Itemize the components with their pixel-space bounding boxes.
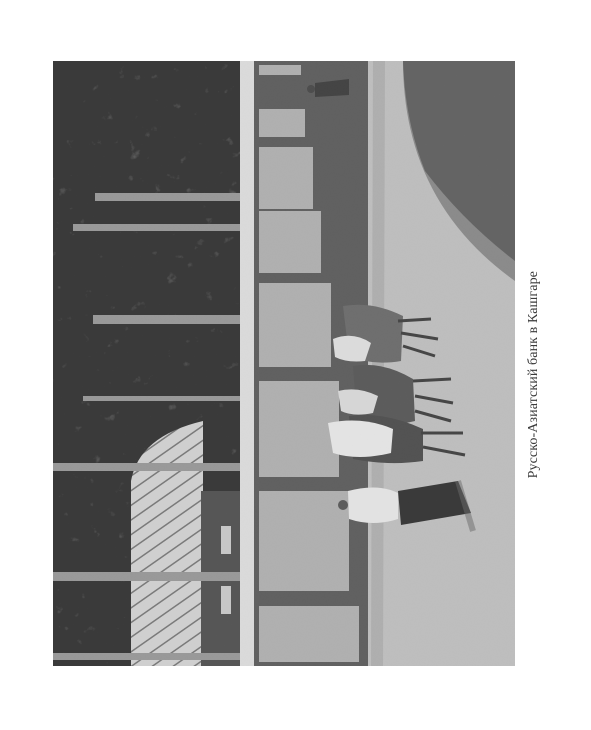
caption-text: Русско-Азиатский банк в Кашгаре [526, 271, 542, 478]
photo-caption: Русско-Азиатский банк в Кашгаре [522, 250, 546, 500]
photo-scene [53, 61, 515, 666]
photograph [53, 61, 515, 666]
